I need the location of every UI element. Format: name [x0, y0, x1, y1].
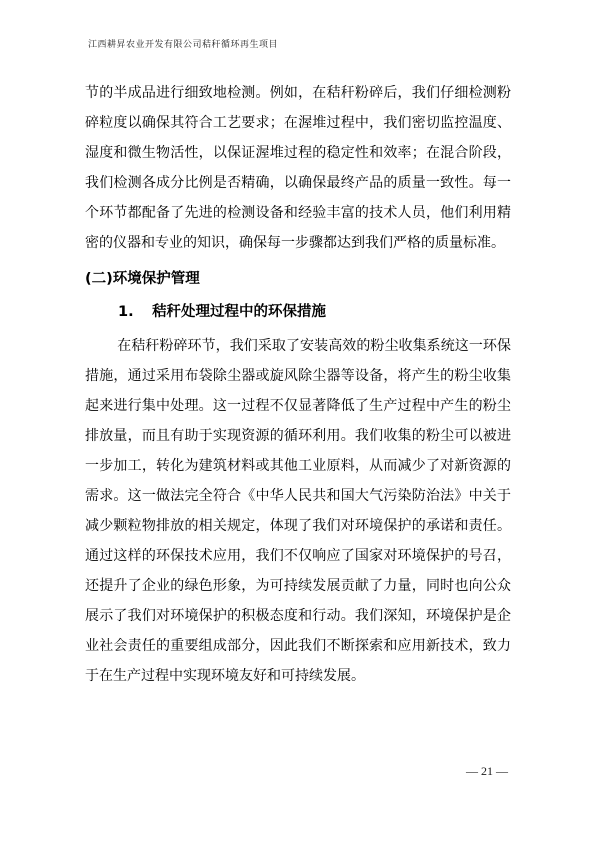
document-page: 江西耕昇农业开发有限公司秸秆循环再生项目 节的半成品进行细致地检测。例如，在秸秆… — [0, 0, 595, 841]
running-header: 江西耕昇农业开发有限公司秸秆循环再生项目 — [88, 37, 278, 50]
subsection-number: 1. — [118, 297, 152, 327]
page-body: 节的半成品进行细致地检测。例如，在秸秆粉碎后，我们仔细检测粉碎粒度以确保其符合工… — [85, 78, 511, 691]
subsection-heading-environmental-measures: 1.秸秆处理过程中的环保措施 — [85, 297, 511, 327]
subsection-title: 秸秆处理过程中的环保措施 — [152, 304, 326, 320]
paragraph-quality-inspection: 节的半成品进行细致地检测。例如，在秸秆粉碎后，我们仔细检测粉碎粒度以确保其符合工… — [85, 78, 511, 258]
paragraph-dust-collection: 在秸秆粉碎环节，我们采取了安装高效的粉尘收集系统这一环保措施，通过采用布袋除尘器… — [85, 331, 511, 691]
page-number: — 21 — — [466, 764, 508, 779]
section-heading-environmental-management: (二)环境保护管理 — [85, 264, 511, 294]
